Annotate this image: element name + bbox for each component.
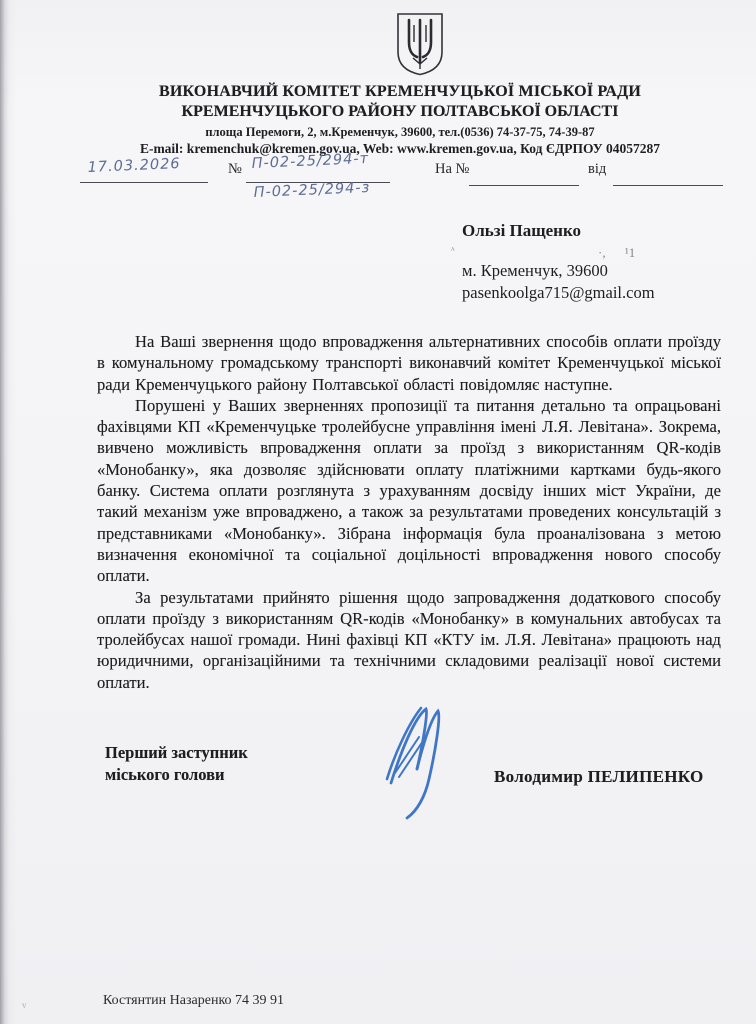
signer-name: Володимир ПЕЛИПЕНКО (494, 767, 703, 787)
scan-edge-shadow (0, 0, 16, 1024)
from-label: від (588, 161, 606, 178)
signer-title-line2: міського голови (105, 764, 248, 786)
org-name-line1: ВИКОНАВЧИЙ КОМІТЕТ КРЕМЕНЧУЦЬКОЇ МІСЬКОЇ… (44, 83, 756, 101)
scan-mark-caret: ᶺ (451, 243, 455, 258)
letterhead: ВИКОНАВЧИЙ КОМІТЕТ КРЕМЕНЧУЦЬКОЇ МІСЬКОЇ… (44, 12, 756, 157)
body-paragraph-1: На Ваші звернення щодо впровадження альт… (97, 331, 721, 395)
date-underline (80, 182, 208, 183)
ref-number-handwritten-2: П-02-25/294-з (253, 180, 370, 201)
scan-speck: v (22, 1000, 27, 1010)
scanned-letter-page: ВИКОНАВЧИЙ КОМІТЕТ КРЕМЕНЧУЦЬКОЇ МІСЬКОЇ… (0, 0, 756, 1024)
reply-to-underline (469, 185, 579, 186)
org-contact-line: E-mail: kremenchuk@kremen.gov.ua, Web: w… (44, 141, 756, 157)
executor-contact: Костянтин Назаренко 74 39 91 (103, 993, 284, 1009)
letter-body: На Ваші звернення щодо впровадження альт… (97, 331, 721, 693)
recipient-name: Ользі Пащенко (462, 221, 655, 241)
org-name-line2: КРЕМЕНЧУЦЬКОГО РАЙОНУ ПОЛТАВСЬКОЇ ОБЛАСТ… (44, 103, 756, 121)
org-address-line: площа Перемоги, 2, м.Кременчук, 39600, т… (44, 125, 756, 140)
reply-to-label: На № (435, 161, 469, 178)
number-label: № (228, 161, 242, 178)
ukraine-trident-icon (394, 12, 446, 76)
handwritten-signature-icon (381, 701, 456, 823)
signer-title-line1: Перший заступник (105, 742, 248, 764)
signer-title: Перший заступник міського голови (105, 742, 248, 786)
body-paragraph-2: Порушені у Ваших зверненнях пропозиції т… (97, 395, 721, 587)
date-handwritten: 17.03.2026 (87, 156, 181, 176)
scan-stray-marks: ·, ¹1 (598, 245, 635, 261)
body-paragraph-3: За результатами прийнято рішення щодо за… (97, 587, 721, 693)
recipient-email: pasenkoolga715@gmail.com (462, 283, 655, 303)
recipient-city: м. Кременчук, 39600 (462, 261, 655, 281)
recipient-block: Ользі Пащенко м. Кременчук, 39600 pasenk… (462, 221, 655, 303)
from-underline (613, 185, 723, 186)
